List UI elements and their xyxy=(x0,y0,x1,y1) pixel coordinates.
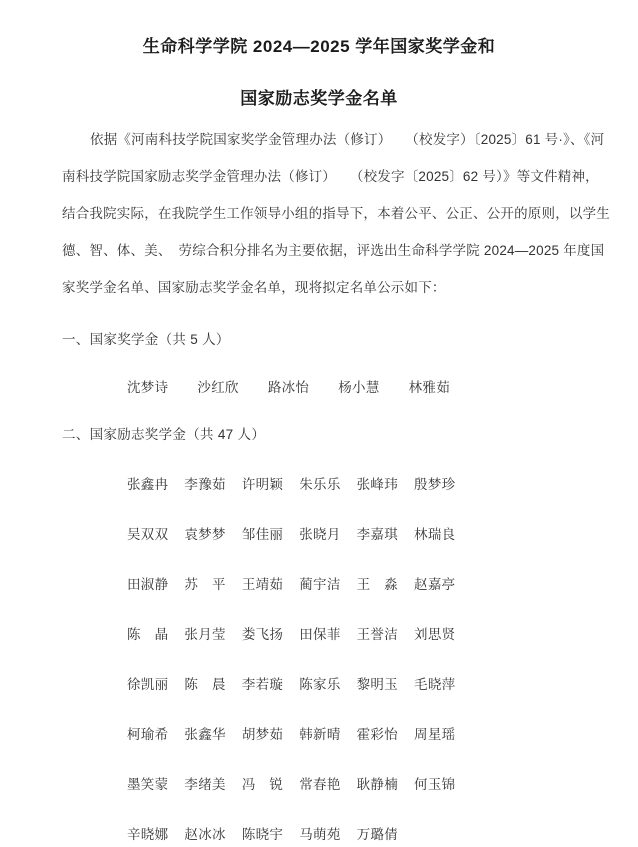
student-name: 韩新晴 xyxy=(299,725,340,745)
student-name: 张鑫冉 xyxy=(127,475,168,495)
student-name: 路冰怡 xyxy=(268,378,309,398)
name-row: 陈 晶张月莹娄飞扬田保菲王誉洁刘思贤 xyxy=(62,625,576,645)
student-name: 张鑫华 xyxy=(184,725,225,745)
section-encouragement-scholarship: 二、国家励志奖学金（共 47 人）张鑫冉李豫茹许明颖朱乐乐张峰玮殷梦珍吴双双袁梦… xyxy=(62,425,576,845)
student-name: 王 淼 xyxy=(357,575,398,595)
student-name: 王靖茹 xyxy=(242,575,283,595)
student-name: 冯 锐 xyxy=(242,775,283,795)
student-name: 马萌苑 xyxy=(299,825,340,845)
student-name: 李嘉琪 xyxy=(357,525,398,545)
name-row: 辛晓娜赵冰冰陈晓宇马萌苑万璐倩 xyxy=(62,825,576,845)
student-name: 沙红欣 xyxy=(197,378,238,398)
student-name: 常春艳 xyxy=(299,775,340,795)
document-page: 生命科学学院 2024—2025 学年国家奖学金和 国家励志奖学金名单 依据《河… xyxy=(0,0,638,847)
name-row: 田淑静苏 平王靖茹蔺宇洁王 淼赵嘉亭 xyxy=(62,575,576,595)
student-name: 沈梦诗 xyxy=(127,378,168,398)
section-heading: 一、国家奖学金（共 5 人） xyxy=(62,330,576,350)
student-name: 王誉洁 xyxy=(357,625,398,645)
paragraph-line: 德、智、体、美、 劳综合积分排名为主要依据，评选出生命科学学院 2024—202… xyxy=(62,232,576,269)
student-name: 田保菲 xyxy=(299,625,340,645)
student-name: 赵嘉亭 xyxy=(414,575,455,595)
student-name: 徐凯丽 xyxy=(127,675,168,695)
name-row: 吴双双袁梦梦邹佳丽张晓月李嘉琪林瑞良 xyxy=(62,525,576,545)
student-name: 田淑静 xyxy=(127,575,168,595)
student-name: 张峰玮 xyxy=(357,475,398,495)
student-name: 蔺宇洁 xyxy=(299,575,340,595)
student-name: 李豫茹 xyxy=(184,475,225,495)
student-name: 霍彩怡 xyxy=(357,725,398,745)
student-name: 娄飞扬 xyxy=(242,625,283,645)
student-name: 陈 晨 xyxy=(184,675,225,695)
student-name: 柯瑜希 xyxy=(127,725,168,745)
student-name: 陈 晶 xyxy=(127,625,168,645)
student-name: 毛晓萍 xyxy=(414,675,455,695)
student-name: 刘思贤 xyxy=(414,625,455,645)
intro-paragraph: 依据《河南科技学院国家奖学金管理办法（修订） （校发字）〔2025〕61 号·》… xyxy=(62,121,576,306)
student-name: 杨小慧 xyxy=(338,378,379,398)
student-name: 苏 平 xyxy=(184,575,225,595)
section-heading: 二、国家励志奖学金（共 47 人） xyxy=(62,425,576,445)
student-name: 林雅茹 xyxy=(409,378,450,398)
student-name: 辛晓娜 xyxy=(127,825,168,845)
student-name: 胡梦茹 xyxy=(242,725,283,745)
student-name: 陈晓宇 xyxy=(242,825,283,845)
student-name: 许明颖 xyxy=(242,475,283,495)
student-name: 邹佳丽 xyxy=(242,525,283,545)
name-row: 柯瑜希张鑫华胡梦茹韩新晴霍彩怡周星瑶 xyxy=(62,725,576,745)
student-name: 吴双双 xyxy=(127,525,168,545)
student-name: 黎明玉 xyxy=(357,675,398,695)
scholarship-sections: 一、国家奖学金（共 5 人）沈梦诗沙红欣路冰怡杨小慧林雅茹二、国家励志奖学金（共… xyxy=(62,330,576,845)
paragraph-line: 家奖学金名单、国家励志奖学金名单，现将拟定名单公示如下： xyxy=(62,269,576,306)
student-name: 万璐倩 xyxy=(357,825,398,845)
student-name: 赵冰冰 xyxy=(184,825,225,845)
paragraph-line: 南科技学院国家励志奖学金管理办法（修订） （校发字〔2025〕62 号）》等文件… xyxy=(62,158,576,195)
paragraph-line: 结合我院实际，在我院学生工作领导小组的指导下，本着公平、公正、公开的原则，以学生 xyxy=(62,195,576,232)
name-row: 徐凯丽陈 晨李若璇陈家乐黎明玉毛晓萍 xyxy=(62,675,576,695)
student-name: 朱乐乐 xyxy=(299,475,340,495)
student-name: 耿静楠 xyxy=(357,775,398,795)
student-name: 林瑞良 xyxy=(414,525,455,545)
student-name: 墨笑蒙 xyxy=(127,775,168,795)
student-name: 殷梦珍 xyxy=(414,475,455,495)
student-name: 李绪美 xyxy=(184,775,225,795)
name-row: 墨笑蒙李绪美冯 锐常春艳耿静楠何玉锦 xyxy=(62,775,576,795)
student-name: 李若璇 xyxy=(242,675,283,695)
section-national-scholarship: 一、国家奖学金（共 5 人）沈梦诗沙红欣路冰怡杨小慧林雅茹 xyxy=(62,330,576,398)
student-name: 周星瑶 xyxy=(414,725,455,745)
student-name: 张晓月 xyxy=(299,525,340,545)
name-row: 沈梦诗沙红欣路冰怡杨小慧林雅茹 xyxy=(62,378,576,398)
student-name: 何玉锦 xyxy=(414,775,455,795)
paragraph-line: 依据《河南科技学院国家奖学金管理办法（修订） （校发字）〔2025〕61 号·》… xyxy=(62,121,576,158)
student-name: 陈家乐 xyxy=(299,675,340,695)
document-title-line2: 国家励志奖学金名单 xyxy=(62,88,576,110)
document-title-line1: 生命科学学院 2024—2025 学年国家奖学金和 xyxy=(62,36,576,58)
student-name: 张月莹 xyxy=(184,625,225,645)
student-name: 袁梦梦 xyxy=(184,525,225,545)
name-row: 张鑫冉李豫茹许明颖朱乐乐张峰玮殷梦珍 xyxy=(62,475,576,495)
